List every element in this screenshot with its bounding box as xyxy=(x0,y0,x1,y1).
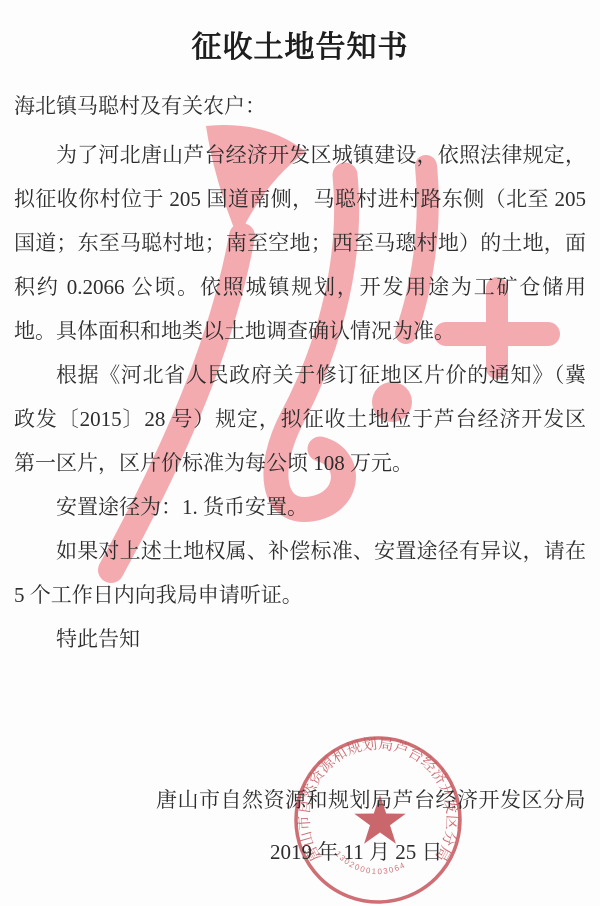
closing-line: 特此告知 xyxy=(14,617,586,661)
issuer-line: 唐山市自然资源和规划局芦台经济开发区分局 xyxy=(156,784,586,814)
document-body: 为了河北唐山芦台经济开发区城镇建设，依照法律规定，拟征收你村位于 205 国道南… xyxy=(14,133,586,661)
seal-border xyxy=(296,738,460,902)
body-paragraph-hearing-notice: 如果对上述土地权属、补偿标准、安置途径有异议，请在 5 个工作日内向我局申请听证… xyxy=(14,529,586,617)
body-paragraph-land-description: 为了河北唐山芦台经济开发区城镇建设，依照法律规定，拟征收你村位于 205 国道南… xyxy=(14,133,586,353)
addressee-line: 海北镇马聪村及有关农户： xyxy=(14,90,266,120)
issue-date: 2019 年 11 月 25 日 xyxy=(270,836,442,866)
document-title: 征收土地告知书 xyxy=(0,22,600,66)
official-seal: 唐山市自然资源和规划局芦台经济开发区分局 1302000103064 xyxy=(292,732,464,906)
body-paragraph-compensation: 根据《河北省人民政府关于修订征地区片价的通知》（冀政发〔2015〕28 号）规定… xyxy=(14,353,586,485)
body-paragraph-resettlement: 安置途径为：1. 货币安置。 xyxy=(14,485,586,529)
document-page: 唐山市自然资源和规划局芦台经济开发区分局 1302000103064 征收土地告… xyxy=(0,0,600,906)
